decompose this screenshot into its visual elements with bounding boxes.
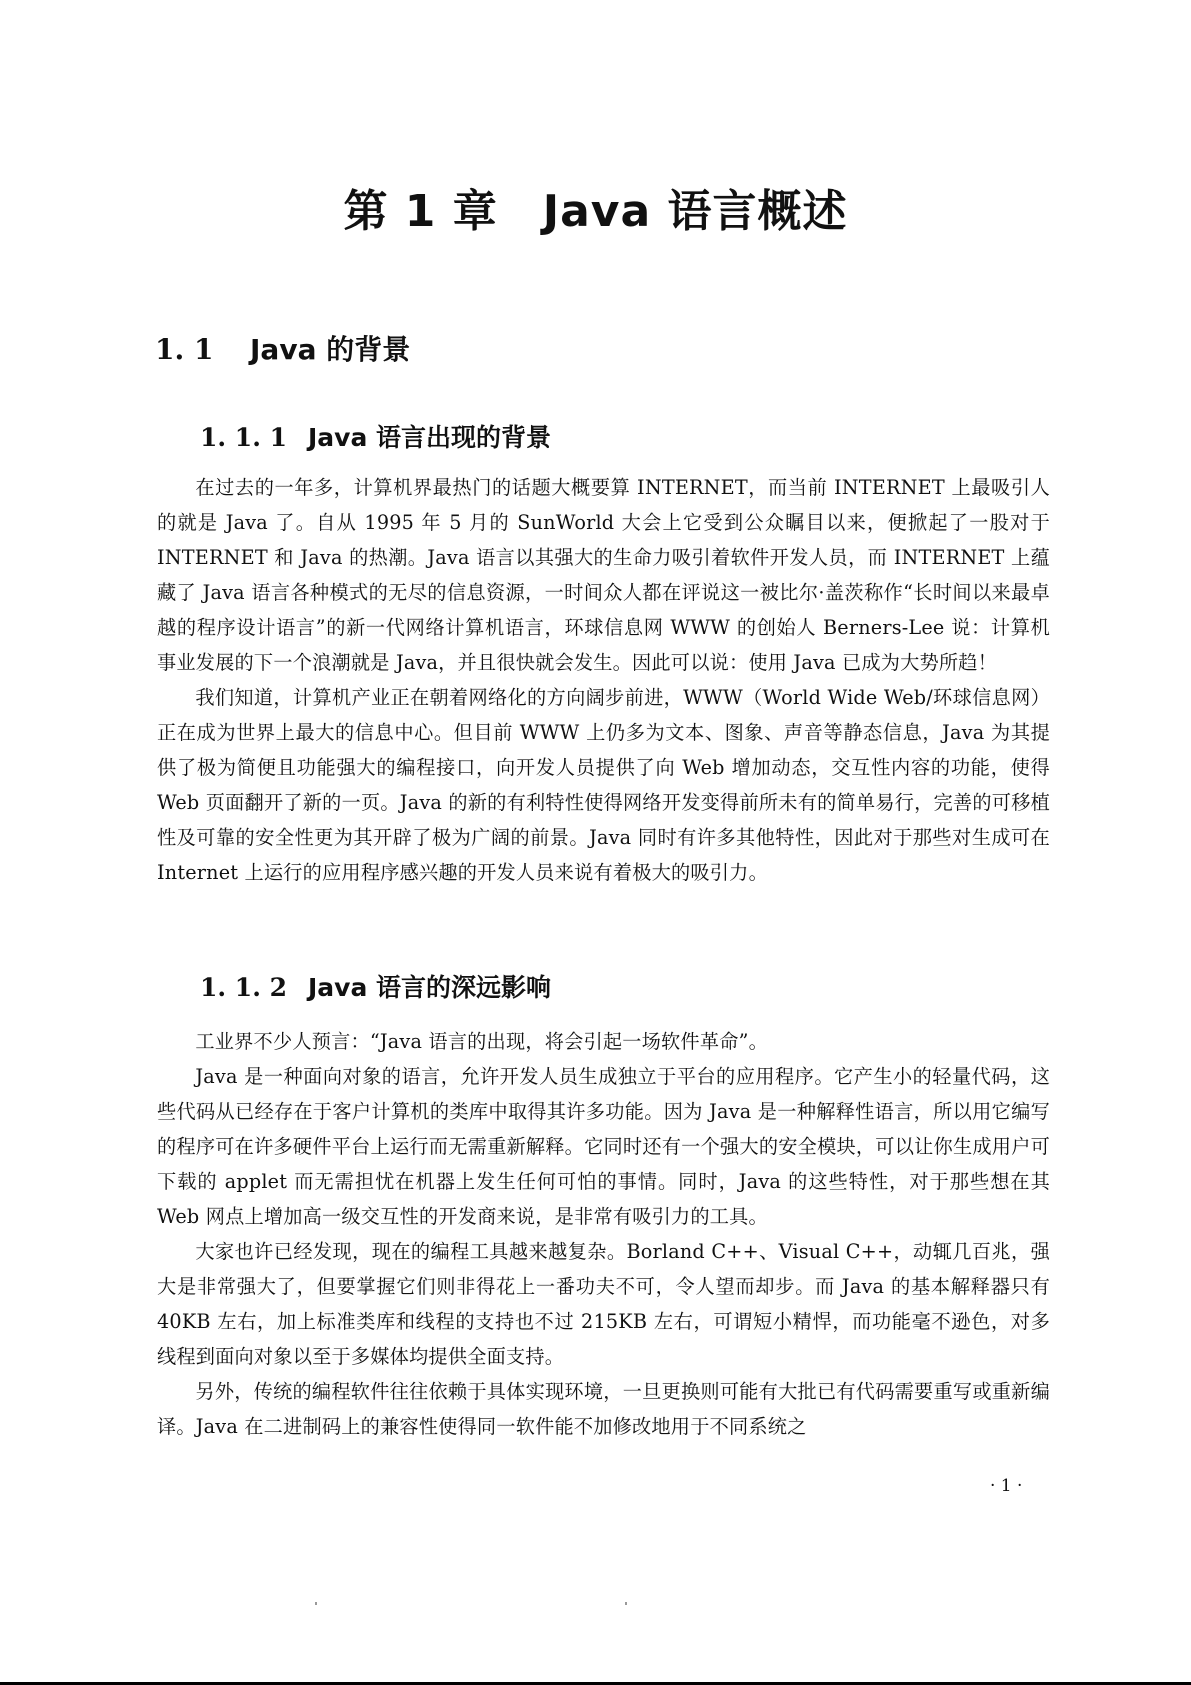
section-heading-1-1: 1. 1Java 的背景 bbox=[155, 330, 410, 370]
subsection-1-1-1-body: 在过去的一年多，计算机界最热门的话题大概要算 INTERNET，而当前 INTE… bbox=[157, 470, 1050, 890]
subsection-title: Java 语言的深远影响 bbox=[308, 973, 551, 1002]
paragraph: 另外，传统的编程软件往往依赖于具体实现环境，一旦更换则可能有大批已有代码需要重写… bbox=[157, 1374, 1050, 1444]
paragraph: 在过去的一年多，计算机界最热门的话题大概要算 INTERNET，而当前 INTE… bbox=[157, 470, 1050, 680]
paragraph: 我们知道，计算机产业正在朝着网络化的方向阔步前进，WWW（World Wide … bbox=[157, 680, 1050, 890]
subsection-title: Java 语言出现的背景 bbox=[308, 423, 551, 452]
scan-speck bbox=[625, 1602, 627, 1605]
paragraph: Java 是一种面向对象的语言，允许开发人员生成独立于平台的应用程序。它产生小的… bbox=[157, 1059, 1050, 1234]
subsection-heading-1-1-2: 1. 1. 2Java 语言的深远影响 bbox=[200, 970, 551, 1006]
chapter-title: 第 1 章 Java 语言概述 bbox=[0, 182, 1191, 242]
subsection-1-1-2-body: 工业界不少人预言：“Java 语言的出现，将会引起一场软件革命”。 Java 是… bbox=[157, 1024, 1050, 1444]
subsection-number: 1. 1. 1 bbox=[200, 420, 308, 456]
scan-speck bbox=[315, 1602, 317, 1605]
subsection-heading-1-1-1: 1. 1. 1Java 语言出现的背景 bbox=[200, 420, 551, 456]
subsection-number: 1. 1. 2 bbox=[200, 970, 308, 1006]
section-number: 1. 1 bbox=[155, 330, 250, 370]
document-page: 第 1 章 Java 语言概述 1. 1Java 的背景 1. 1. 1Java… bbox=[0, 0, 1191, 1685]
paragraph: 大家也许已经发现，现在的编程工具越来越复杂。Borland C++、Visual… bbox=[157, 1234, 1050, 1374]
page-number: · 1 · bbox=[990, 1476, 1022, 1496]
paragraph: 工业界不少人预言：“Java 语言的出现，将会引起一场软件革命”。 bbox=[157, 1024, 1050, 1059]
section-title: Java 的背景 bbox=[250, 333, 410, 366]
